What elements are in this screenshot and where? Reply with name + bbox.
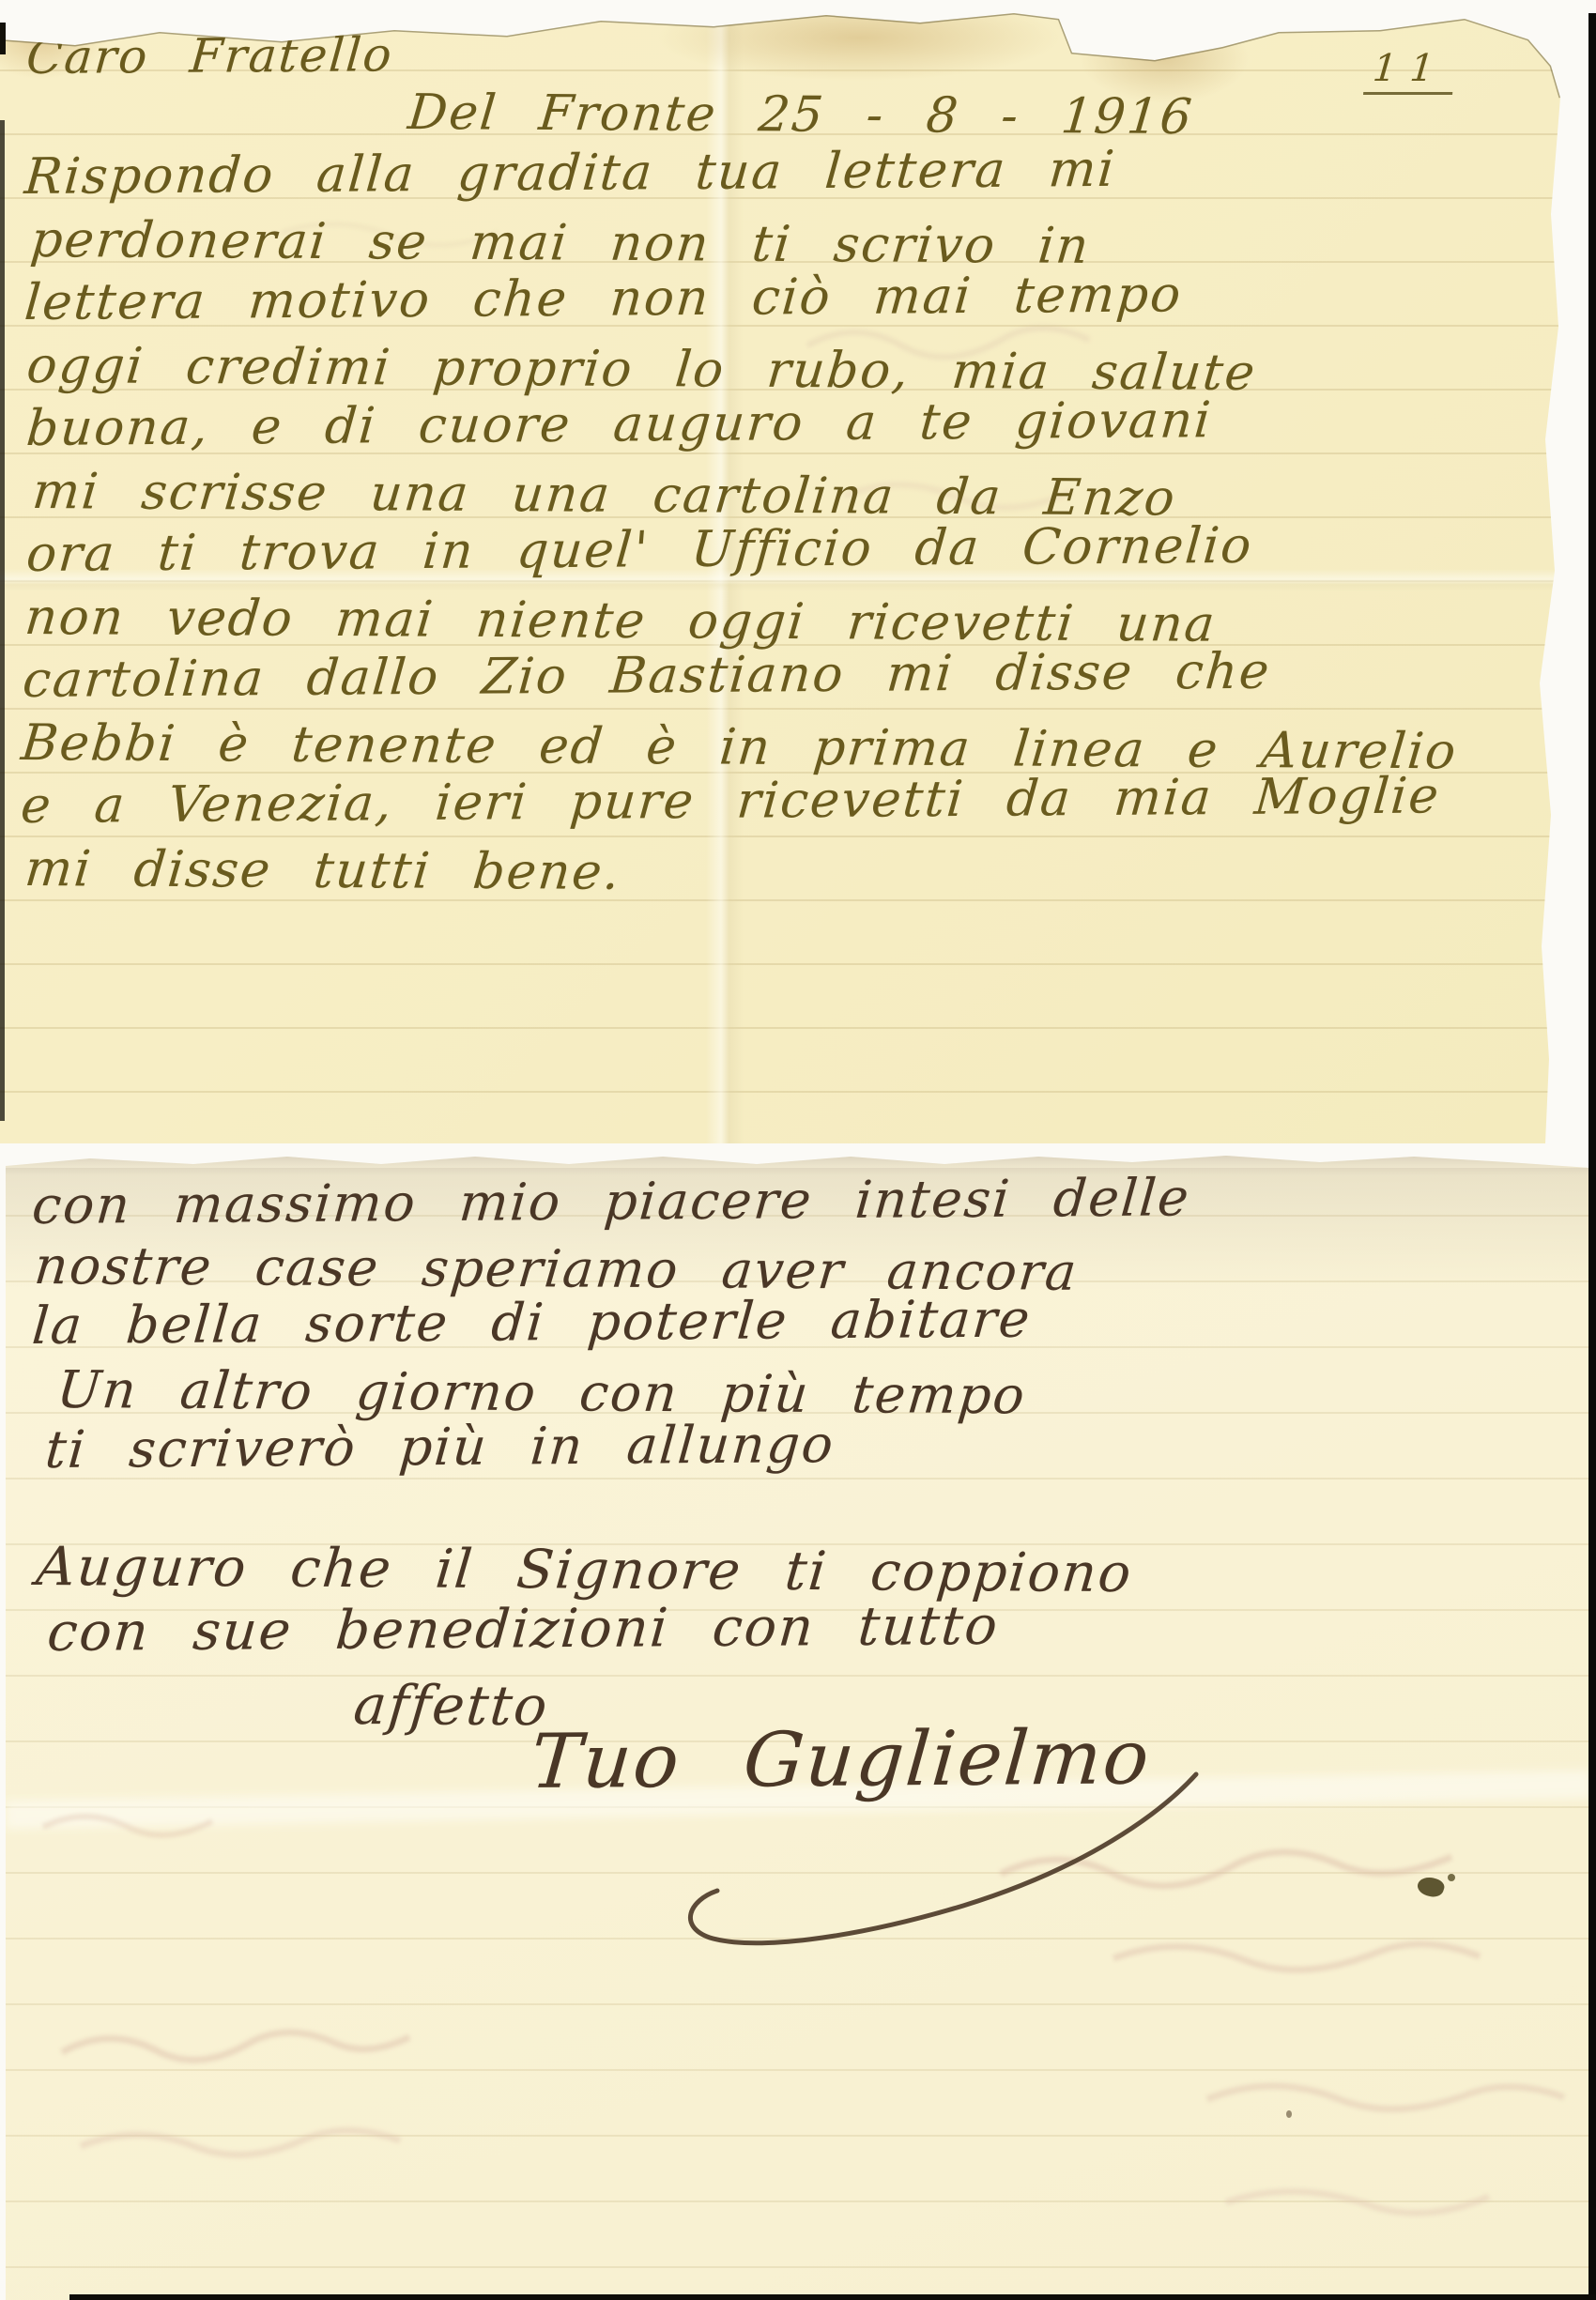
handwriting-line: lettera motivo che non ciò mai tempo — [23, 266, 1185, 331]
handwriting-line: perdonerai se mai non ti scrivo in — [28, 211, 1093, 275]
dateline: Del Fronte 25 - 8 - 1916 — [406, 84, 1196, 146]
handwriting-line: ora ti trova in quel' Ufficio da Corneli… — [24, 517, 1255, 583]
handwriting-line: con massimo mio piacere intesi delle — [30, 1167, 1192, 1235]
handwriting-line: non vedo mai niente oggi ricevetti una — [23, 589, 1219, 653]
handwriting-line: mi disse tutti bene. — [23, 840, 623, 901]
scan-edge-top-left — [0, 23, 6, 54]
handwriting-line: mi scrisse una una cartolina da Enzo — [30, 463, 1179, 527]
handwriting-line: la bella sorte di poterle abitare — [30, 1289, 1034, 1356]
handwriting-line: Rispondo alla gradita tua lettera mi — [23, 141, 1118, 206]
closing-line: con sue benedizioni con tutto — [45, 1595, 1002, 1664]
page-number: 11 — [1363, 47, 1456, 95]
scan-edge-left — [0, 120, 5, 1121]
handwriting-line: ti scriverò più in allungo — [43, 1414, 837, 1480]
letter-page-1: Caro Fratello Del Fronte 25 - 8 - 1916 1… — [0, 8, 1566, 1143]
handwriting-line: buona, e di cuore auguro a te giovani — [24, 391, 1215, 457]
salutation: Caro Fratello — [24, 27, 395, 84]
signature: Tuo Guglielmo — [528, 1713, 1154, 1805]
scan-edge-right — [1588, 13, 1596, 2300]
ink-speck — [1448, 1874, 1455, 1881]
scan-edge-bottom — [69, 2294, 1596, 2300]
closing-affetto: affetto — [351, 1673, 552, 1738]
ink-speck — [1286, 2110, 1292, 2118]
handwriting-line: e a Venezia, ieri pure ricevetti da mia … — [19, 767, 1442, 835]
ink-blot — [1416, 1874, 1447, 1900]
letter-page-2: con massimo mio piacere intesi delle nos… — [6, 1151, 1590, 2300]
handwriting-line: cartolina dallo Zio Bastiano mi disse ch… — [21, 643, 1273, 709]
closing-line: Auguro che il Signore ti coppiono — [34, 1536, 1135, 1604]
ink-speck — [1162, 15, 1175, 30]
